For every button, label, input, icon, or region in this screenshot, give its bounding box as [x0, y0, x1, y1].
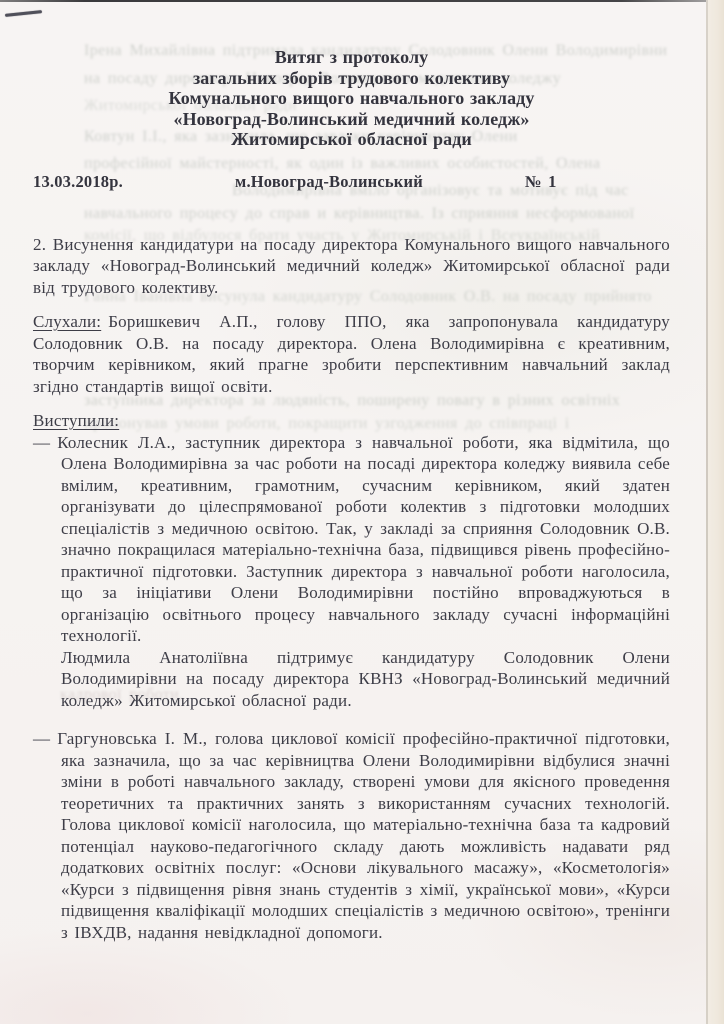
- agenda-item: 2. Висунення кандидатури на посаду дирек…: [33, 234, 670, 299]
- document-place: м.Новоград-Волинський: [235, 171, 423, 193]
- document-date: 13.03.2018р.: [33, 171, 123, 193]
- title-line-3: Комунального вищого навчального закладу: [33, 88, 670, 109]
- speaker-2-paragraph: —Гаргуновська І. М., голова циклової ком…: [61, 728, 670, 943]
- title-line-2: загальних зборів трудового колективу: [33, 68, 670, 89]
- document-title: Витяг з протоколу загальних зборів трудо…: [33, 47, 670, 150]
- scanned-document-page: Ірена Михайлівна підтримала кандидатуру …: [0, 0, 724, 1024]
- list-dash: —: [33, 433, 50, 452]
- title-line-4: «Новоград-Волинський медичний коледж»: [33, 109, 670, 130]
- spoke-heading: Виступили:: [33, 410, 670, 432]
- meta-row: 13.03.2018р. м.Новоград-Волинський № 1: [33, 171, 670, 193]
- speaker-1-text: Колесник Л.А., заступник директора з нав…: [57, 433, 670, 646]
- speaker-1-addendum: Людмила Анатоліївна підтримує кандидатур…: [61, 647, 670, 712]
- speaker-2-text: Гаргуновська І. М., голова циклової комі…: [57, 729, 670, 942]
- title-line-5: Житомирської обласної ради: [33, 129, 670, 150]
- heard-text: Боришкевич А.П., голову ППО, яка запропо…: [33, 312, 670, 396]
- title-line-1: Витяг з протоколу: [33, 47, 670, 68]
- speaker-entry-2: —Гаргуновська І. М., голова циклової ком…: [33, 728, 670, 943]
- spoke-label: Виступили:: [33, 411, 119, 430]
- protocol-number: № 1: [525, 171, 557, 193]
- heard-paragraph: Слухали:Боришкевич А.П., голову ППО, яка…: [33, 311, 670, 397]
- heard-label: Слухали:: [33, 312, 101, 331]
- document-body: Витяг з протоколу загальних зборів трудо…: [0, 0, 724, 1024]
- speaker-1-paragraph: —Колесник Л.А., заступник директора з на…: [61, 432, 670, 647]
- speaker-entry-1: —Колесник Л.А., заступник директора з на…: [33, 432, 670, 712]
- list-dash: —: [33, 729, 50, 748]
